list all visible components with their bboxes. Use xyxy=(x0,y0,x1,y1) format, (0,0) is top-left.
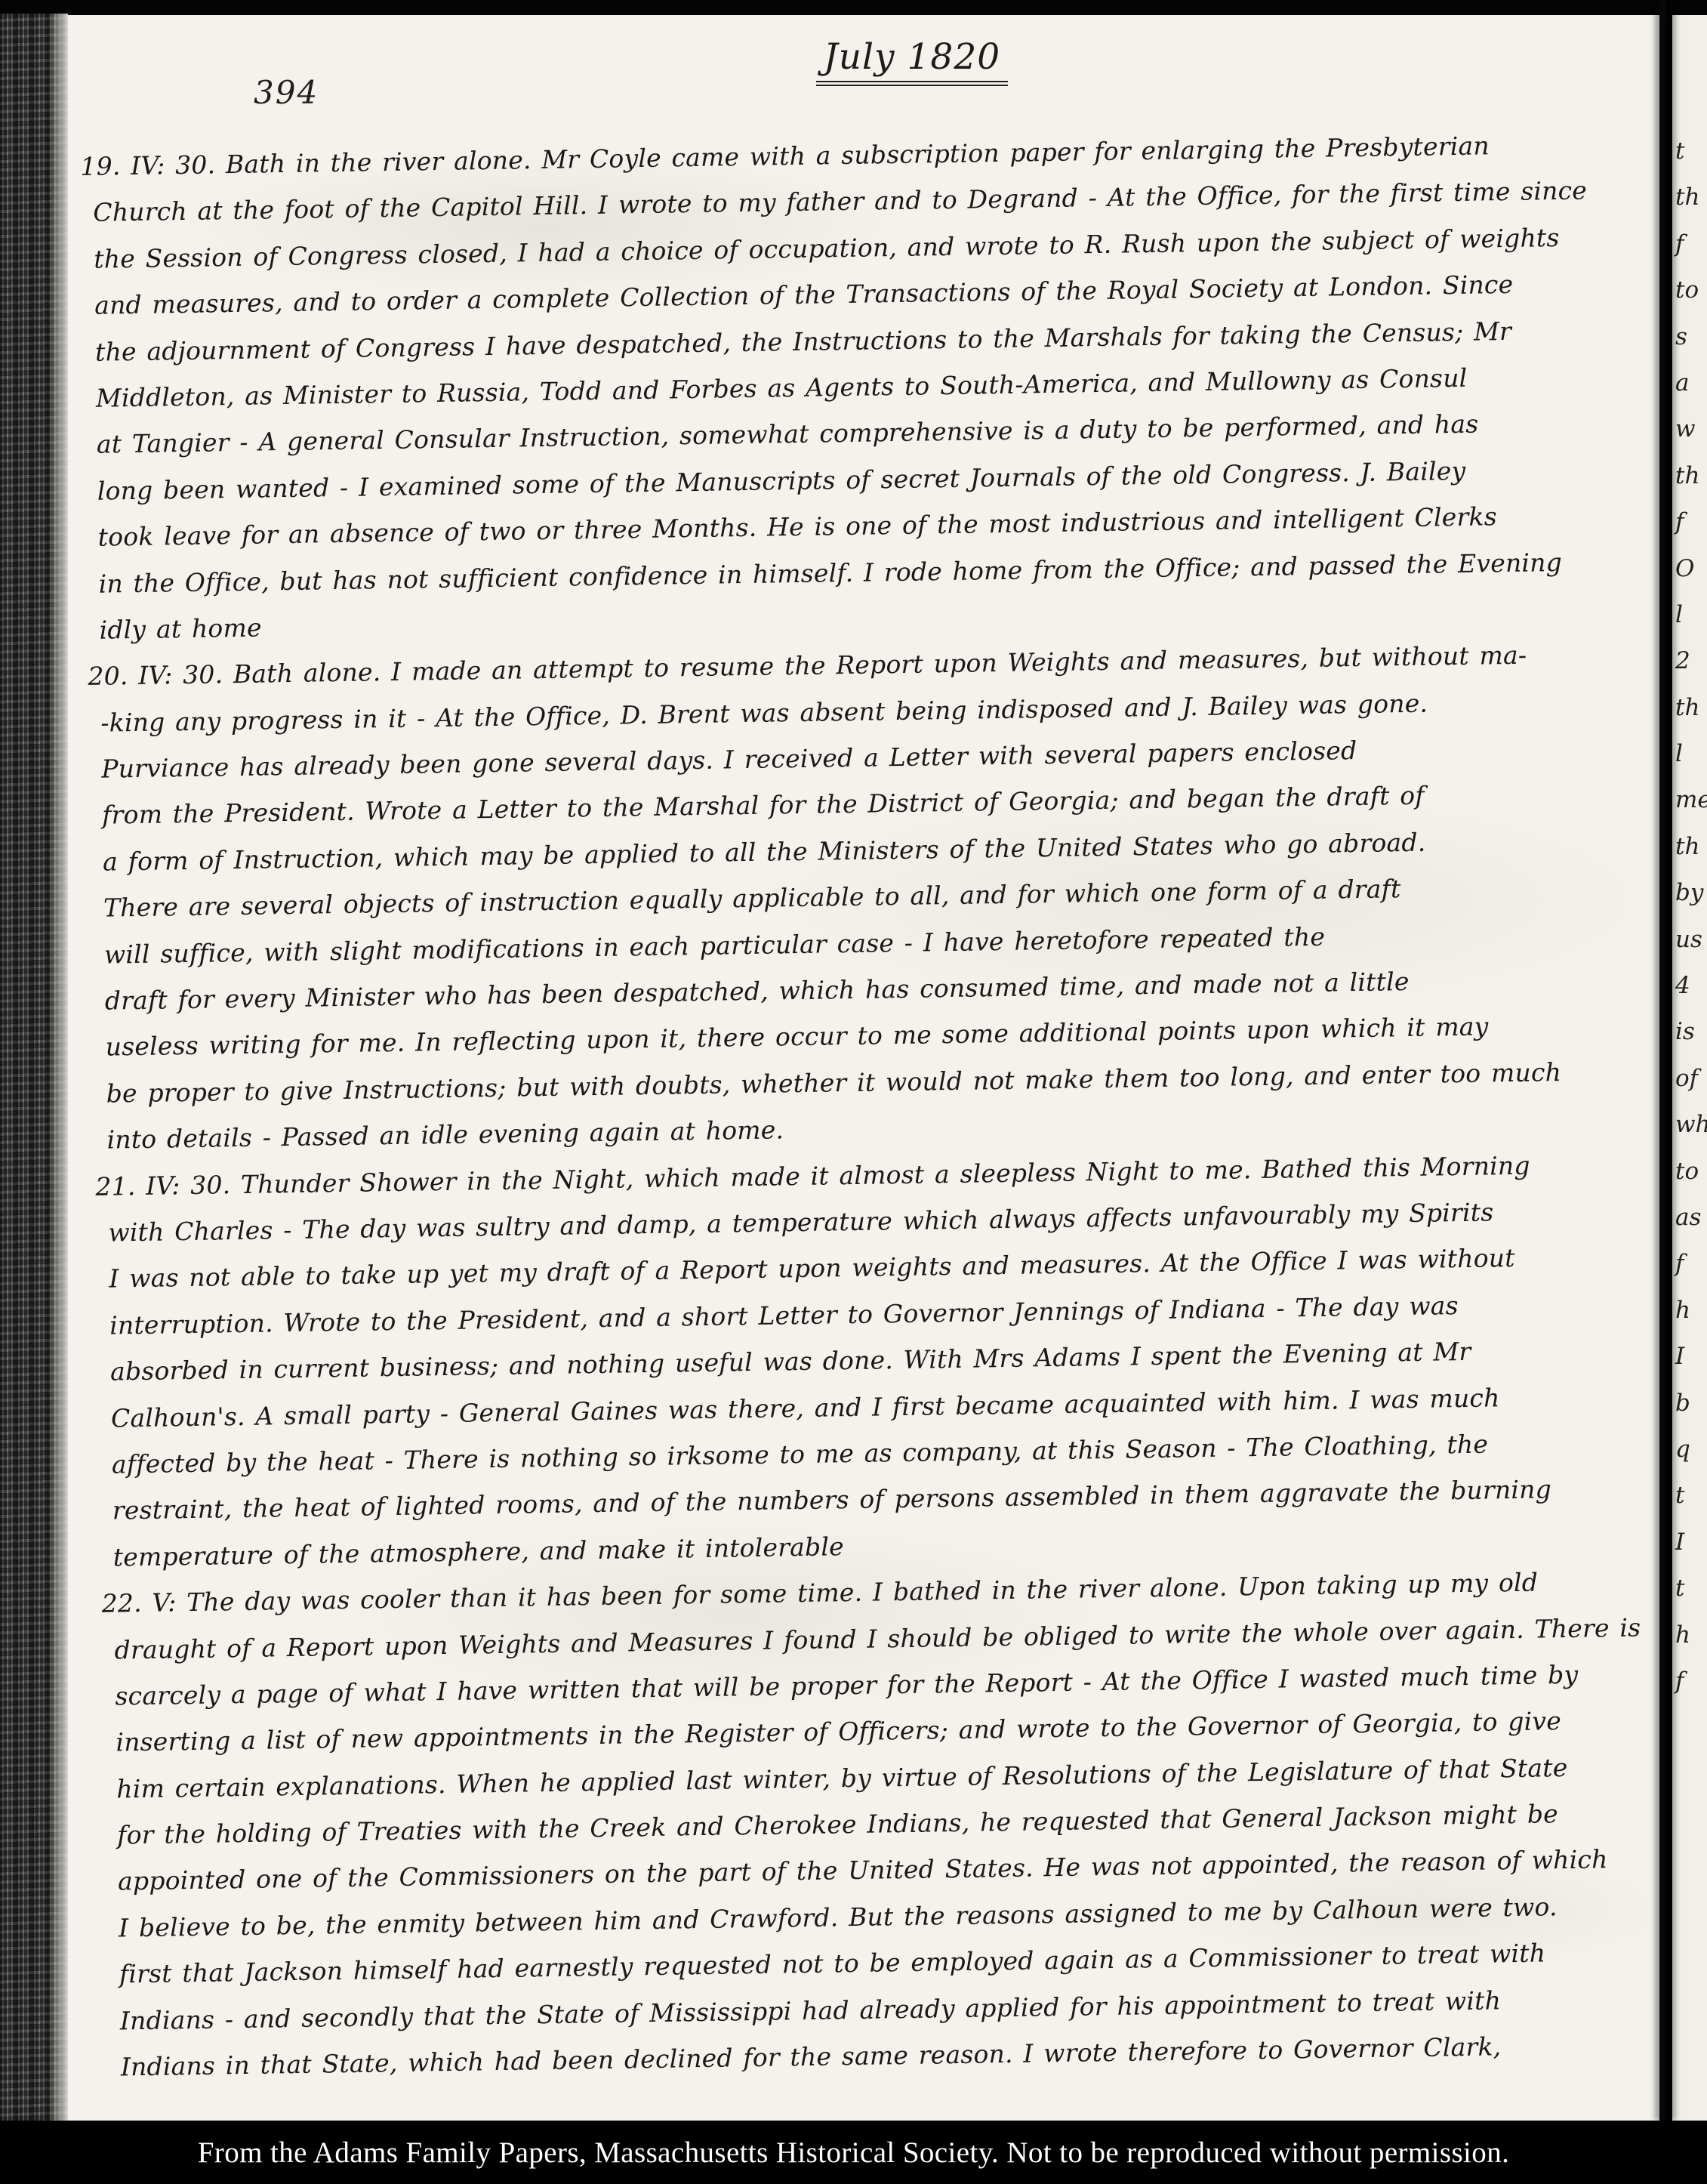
facing-page-line-fragment: by xyxy=(1675,870,1707,916)
facing-page-line-fragment: f xyxy=(1675,1241,1707,1287)
facing-page-line-fragment: q xyxy=(1675,1427,1707,1473)
facing-page-line-fragment: us xyxy=(1675,917,1707,963)
diary-page: 394 July 1820 19. IV: 30. Bath in the ri… xyxy=(66,15,1659,2121)
facing-page-line-fragment: wh xyxy=(1675,1102,1707,1148)
facing-page-line-fragment: O xyxy=(1675,546,1707,592)
facing-page-line-fragment: to xyxy=(1675,1149,1707,1195)
facing-page-line-fragment: b xyxy=(1675,1380,1707,1427)
facing-page-line-fragment: to xyxy=(1675,267,1707,313)
page-gutter-shadow xyxy=(1659,0,1672,2121)
manuscript-text: 19. IV: 30. Bath in the river alone. Mr … xyxy=(80,120,1687,2090)
scan-frame: 394 July 1820 19. IV: 30. Bath in the ri… xyxy=(0,0,1707,2184)
facing-page-line-fragment: th xyxy=(1675,174,1707,221)
facing-page-line-fragment: th xyxy=(1675,453,1707,499)
facing-page-line-fragment: w xyxy=(1675,406,1707,452)
facing-page-fragments: tthftosawthfOl2thlmethbyus4isofwhtoasfhI… xyxy=(1675,128,1707,1704)
facing-page-line-fragment: of xyxy=(1675,1056,1707,1102)
caption-bar: From the Adams Family Papers, Massachuse… xyxy=(0,2121,1707,2184)
page-header-date: July 1820 xyxy=(816,36,1008,86)
facing-page-line-fragment: me xyxy=(1675,777,1707,823)
facing-page-line-fragment: f xyxy=(1675,499,1707,545)
facing-page-line-fragment: I xyxy=(1675,1519,1707,1566)
facing-page-line-fragment: a xyxy=(1675,360,1707,406)
facing-page-sliver: tthftosawthfOl2thlmethbyus4isofwhtoasfhI… xyxy=(1672,15,1707,2121)
facing-page-line-fragment: h xyxy=(1675,1288,1707,1334)
facing-page-line-fragment: 4 xyxy=(1675,963,1707,1009)
facing-page-line-fragment: l xyxy=(1675,592,1707,638)
facing-page-line-fragment: s xyxy=(1675,314,1707,360)
facing-page-line-fragment: th xyxy=(1675,824,1707,870)
facing-page-line-fragment: t xyxy=(1675,1473,1707,1519)
facing-page-line-fragment: h xyxy=(1675,1612,1707,1658)
facing-page-line-fragment: t xyxy=(1675,128,1707,174)
facing-page-line-fragment: l xyxy=(1675,731,1707,777)
facing-page-line-fragment: f xyxy=(1675,221,1707,267)
facing-page-line-fragment: t xyxy=(1675,1566,1707,1612)
facing-page-line-fragment: th xyxy=(1675,685,1707,731)
facing-page-line-fragment: f xyxy=(1675,1658,1707,1704)
page-header: July 1820 xyxy=(165,36,1659,86)
facing-page-line-fragment: I xyxy=(1675,1334,1707,1380)
book-binding-edge xyxy=(0,14,68,2121)
facing-page-line-fragment: 2 xyxy=(1675,638,1707,684)
facing-page-line-fragment: as xyxy=(1675,1195,1707,1241)
archive-caption: From the Adams Family Papers, Massachuse… xyxy=(198,2136,1510,2170)
facing-page-line-fragment: is xyxy=(1675,1009,1707,1055)
